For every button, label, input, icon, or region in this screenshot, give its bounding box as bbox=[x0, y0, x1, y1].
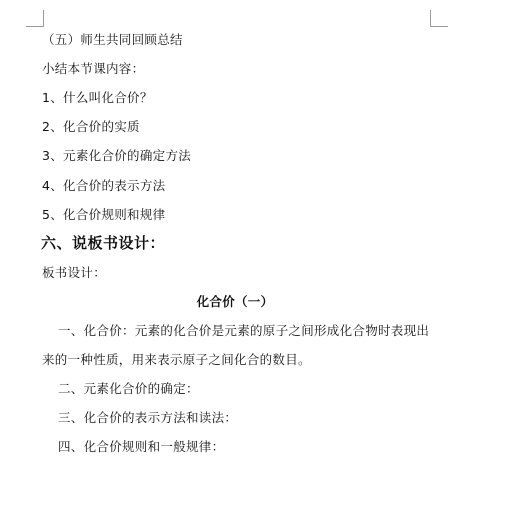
section-heading-board-design: 六、说板书设计： bbox=[41, 235, 165, 251]
board-item: 三、化合价的表示方法和读法： bbox=[58, 410, 237, 426]
summary-item: 5、化合价规则和规律 bbox=[42, 207, 165, 223]
board-title: 化合价（一） bbox=[0, 294, 470, 310]
page-corner-mark-top-left bbox=[26, 10, 44, 27]
summary-intro: 小结本节课内容： bbox=[42, 61, 144, 77]
section-heading-review: （五）师生共同回顾总结 bbox=[42, 32, 183, 48]
summary-item: 4、化合价的表示方法 bbox=[42, 178, 165, 194]
board-item: 四、化合价规则和一般规律： bbox=[58, 439, 224, 455]
page-corner-mark-top-right bbox=[430, 10, 448, 27]
board-item-continuation: 来的一种性质，用来表示原子之间化合的数目。 bbox=[42, 352, 311, 368]
summary-item: 3、元素化合价的确定方法 bbox=[42, 148, 191, 164]
board-label: 板书设计： bbox=[42, 265, 106, 281]
summary-item: 2、化合价的实质 bbox=[42, 119, 140, 135]
board-item: 一、化合价：元素的化合价是元素的原子之间形成化合物时表现出 bbox=[58, 323, 429, 339]
summary-item: 1、什么叫化合价？ bbox=[42, 90, 153, 106]
board-item: 二、元素化合价的确定： bbox=[58, 381, 199, 397]
